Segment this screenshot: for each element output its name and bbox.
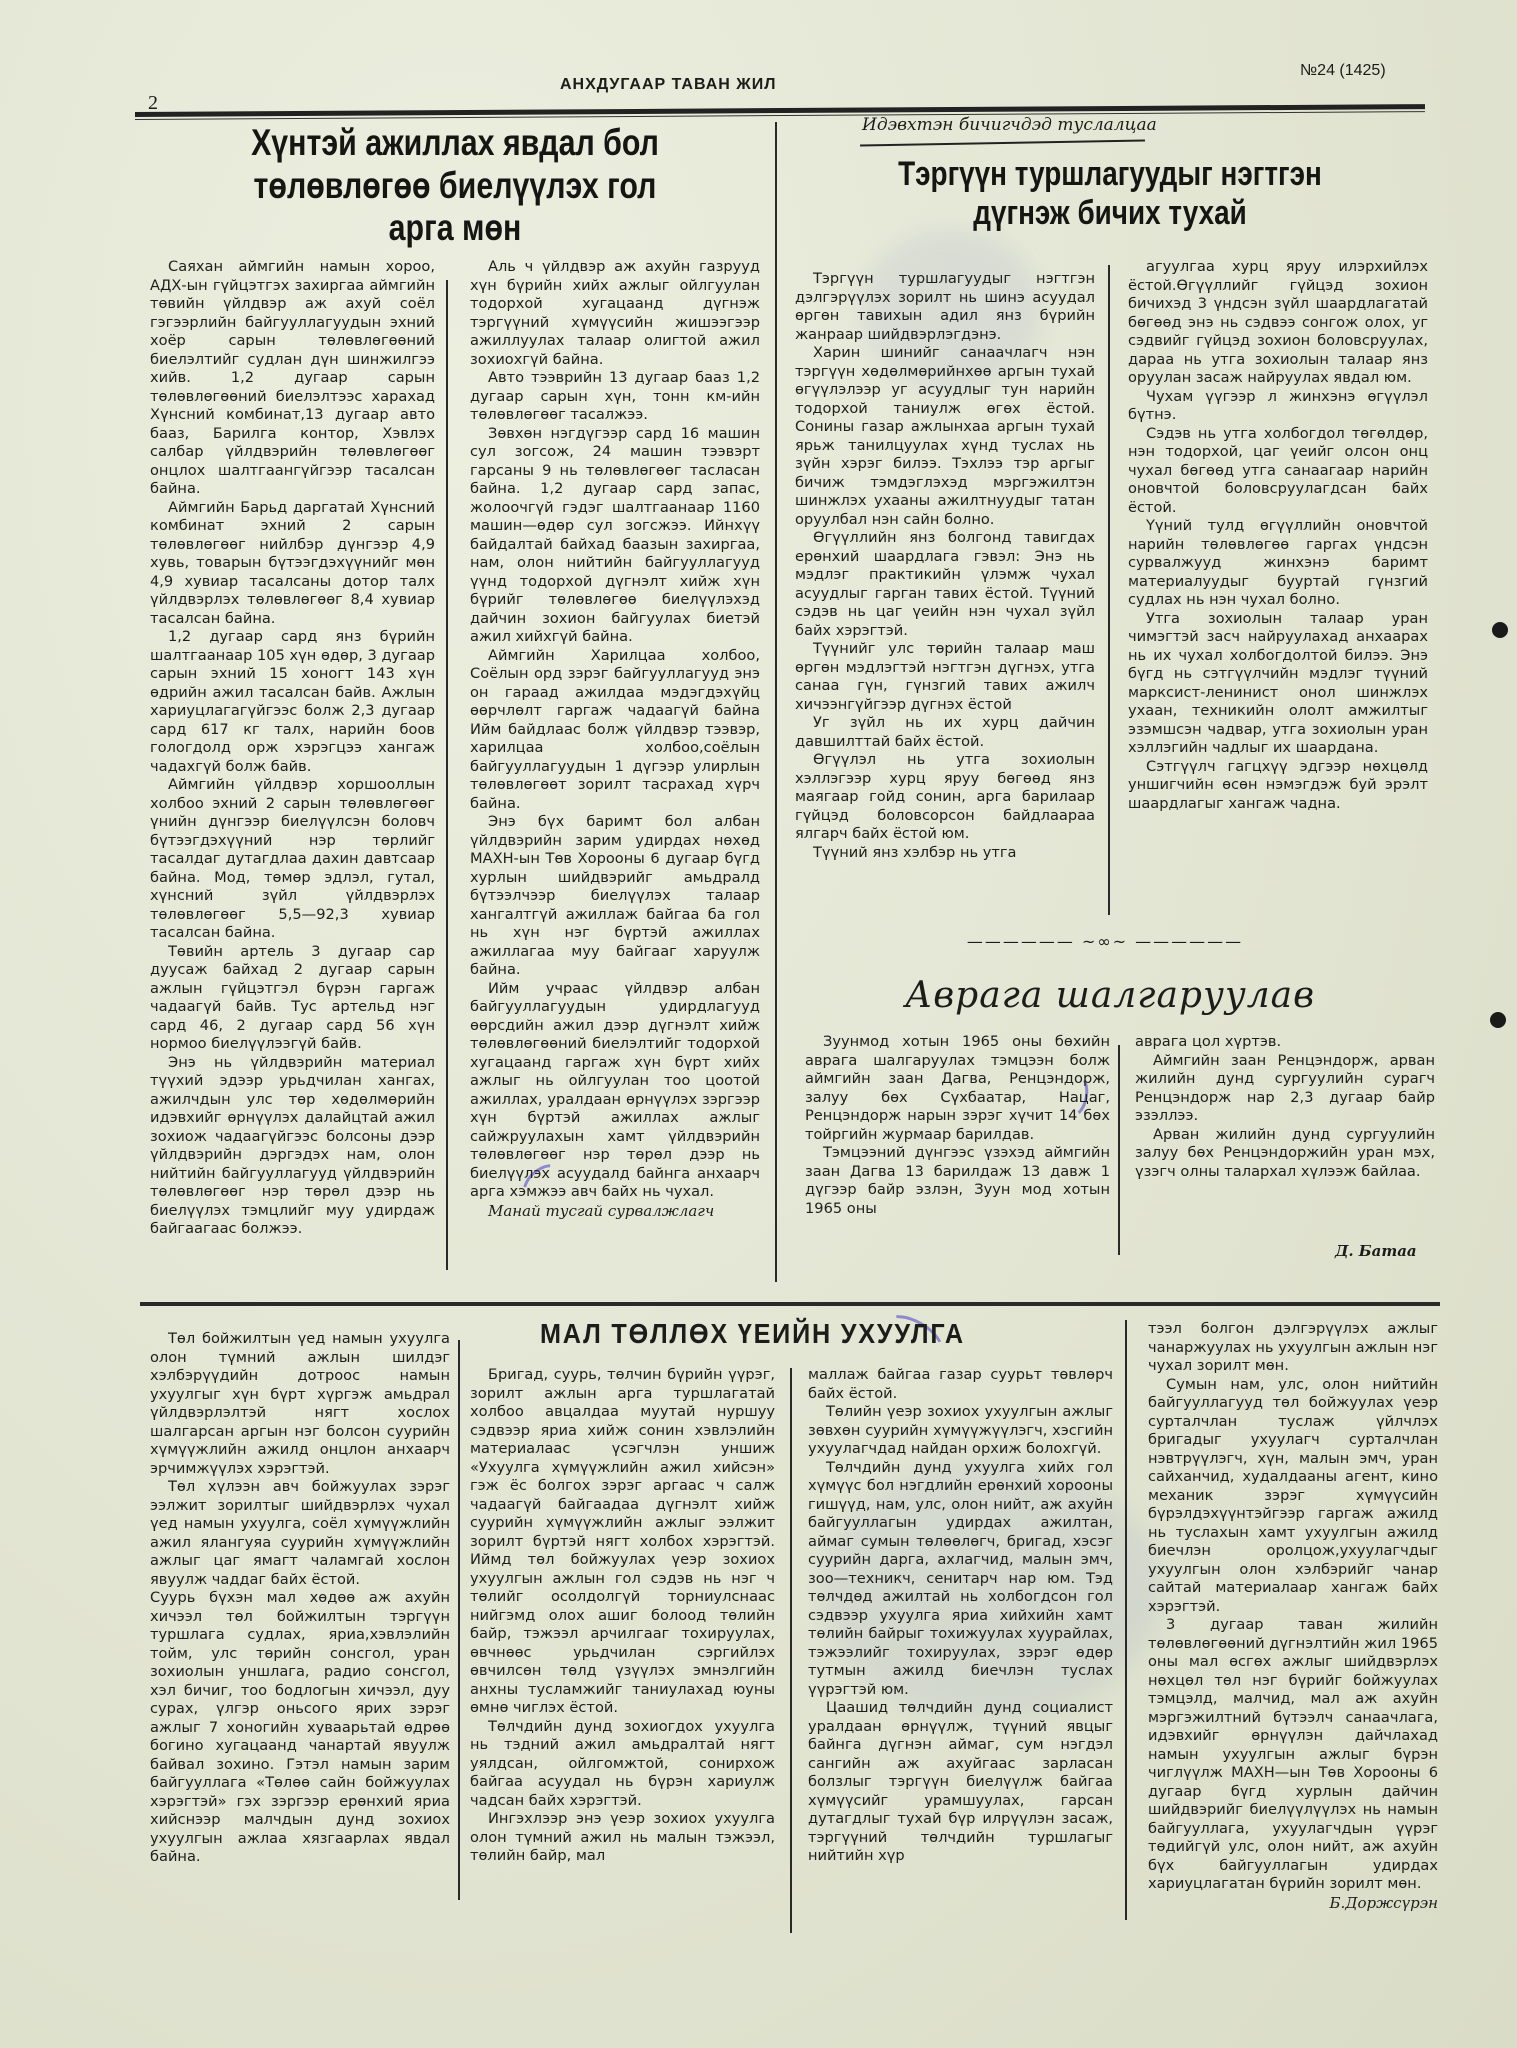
paragraph: Бригад, суурь, төлчин бүрийн үүрэг, зори… [470,1366,775,1718]
paragraph: Сумын нам, улс, олон нийтийн байгууллагу… [1148,1376,1438,1617]
paragraph: аврага цол хүртэв. [1135,1033,1435,1052]
paragraph: Суурь бүхэн мал хөдөө аж ахуйн хичээл тө… [150,1589,450,1867]
paragraph: Энэ нь үйлдвэрийн материал түүхий эдээр … [150,1054,435,1239]
paragraph: Түүний янз хэлбэр нь утга [795,844,1095,863]
headline-line: төлөвлөгөө биелүүлэх гол [197,165,714,208]
newspaper-page: 2 АНХДУГААР ТАВАН ЖИЛ №24 (1425) Хүнтэй … [0,0,1517,2048]
paragraph: Үүний тулд өгүүллийн оновчтой нарийн төл… [1128,517,1428,610]
article4-headline: МАЛ ТӨЛЛӨХ ҮЕИЙН УХУУЛГА [540,1318,965,1350]
paragraph: агуулгаа хурц яруу илэрхийлэх ёстой.Өгүү… [1128,258,1428,388]
paragraph: Аль ч үйлдвэр аж ахуйн газрууд хүн бүрий… [470,258,760,369]
article3-column-2: аврага цол хүртэв. Аймгийн заан Ренцэндо… [1135,1033,1435,1181]
article2-column-1: Тэргүүн туршлагуудыг нэгтгэн дэлгэрүүлэх… [795,270,1095,862]
headline-line: Тэргүүн туршлагуудыг нэгтгэн [839,155,1380,194]
paragraph: Энэ бүх баримт бол албан үйлдвэрийн зари… [470,813,760,980]
headline-line: арга мөн [197,207,714,250]
headline-line: Хүнтэй ажиллах явдал бол [197,122,714,165]
paragraph: Сэдэв нь утга холбогдол төгөлдөр, нэн то… [1128,425,1428,518]
article3-headline: Аврага шалгаруулав [780,975,1440,1016]
paragraph: Авто тээврийн 13 дугаар бааз 1,2 дугаар … [470,369,760,425]
running-head: АНХДУГААР ТАВАН ЖИЛ [560,76,776,94]
article1-column-1: Саяхан аймгийн намын хороо, АДХ-ын гүйцэ… [150,258,435,1239]
paragraph: Аймгийн заан Ренцэндорж, арван жилийн ду… [1135,1052,1435,1126]
paragraph: Төлчдийн дунд зохиогдох ухуулга нь тэдни… [470,1718,775,1811]
issue-number: №24 (1425) [1300,62,1386,80]
paragraph: Харин шинийг санаачлагч нэн тэргүүн хөдө… [795,344,1095,529]
paragraph: Тэргүүн туршлагуудыг нэгтгэн дэлгэрүүлэх… [795,270,1095,344]
paragraph: Чухам үүгээр л жинхэнэ өгүүлэл бүтнэ. [1128,388,1428,425]
byline: Б.Доржсүрэн [1148,1894,1438,1913]
article3-column-1: Зуунмод хотын 1965 оны бөхийн аврага шал… [805,1033,1110,1218]
byline: Д. Батаа [1335,1242,1417,1260]
paragraph: Зөвхөн нэгдүгээр сард 16 машин сул зогсо… [470,425,760,647]
article2-column-2: агуулгаа хурц яруу илэрхийлэх ёстой.Өгүү… [1128,258,1428,813]
paragraph: Төлчдийн дунд ухуулга хийх гол хүмүүс бо… [808,1459,1113,1700]
paragraph: Өгүүллийн янз болгонд тавигдах ерөнхий ш… [795,529,1095,640]
paragraph: Ингэхлээр энэ үеэр зохиох ухуулга олон т… [470,1810,775,1866]
paragraph: Төлийн үеэр зохиох ухуулгын ажлыг зөвхөн… [808,1403,1113,1459]
paragraph: Аймгийн Барьд даргатай Хүнсний комбинат … [150,499,435,629]
kicker-underline [860,140,1145,147]
paragraph: 1,2 дугаар сард янз бүрийн шалтгаанаар 1… [150,628,435,776]
paragraph: Өгүүлэл нь утга зохиолын хэллэгээр хурц … [795,751,1095,844]
paragraph: Арван жилийн дунд сургуулийн залуу бөх Р… [1135,1126,1435,1182]
paragraph: Сэтгүүлч гагцхүү эдгээр нөхцөлд уншигчий… [1128,758,1428,814]
column-divider [458,1340,460,1900]
paragraph: Саяхан аймгийн намын хороо, АДХ-ын гүйцэ… [150,258,435,499]
column-divider [1108,265,1110,915]
article4-column-4: тээл болгон дэлгэрүүлэх ажлыг чанаржуула… [1148,1320,1438,1912]
paragraph: 3 дугаар таван жилийн төлөвлөгөөний дүгн… [1148,1616,1438,1894]
headline-line: дүгнэж бичих тухай [839,194,1380,233]
paragraph: Утга зохиолын талаар уран чимэгтэй засч … [1128,610,1428,758]
column-divider [1118,1045,1120,1255]
byline: Манай тусгай сурвалжлагч [470,1202,760,1221]
article1-column-2: Аль ч үйлдвэр аж ахуйн газрууд хүн бүрий… [470,258,760,1220]
article4-column-3: маллаж байгаа газар суурьт төвлөрч байх … [808,1366,1113,1866]
article4-column-1: Төл бойжилтын үед намын ухуулга олон түм… [150,1330,450,1867]
column-divider [775,122,777,1282]
article2-kicker: Идэвхтэн бичигчдэд туслалцаа [862,115,1157,135]
column-divider [790,1368,792,1933]
column-divider [446,280,448,1270]
paragraph: Тэмцээний дүнгээс үзэхэд аймгийн заан Да… [805,1144,1110,1218]
paragraph: Аймгийн үйлдвэр хоршооллын холбоо эхний … [150,776,435,943]
paragraph: маллаж байгаа газар суурьт төвлөрч байх … [808,1366,1113,1403]
paragraph: тээл болгон дэлгэрүүлэх ажлыг чанаржуула… [1148,1320,1438,1376]
section-divider [140,1302,1440,1306]
paragraph: Төвийн артель 3 дугаар сар дуусаж байхад… [150,943,435,1054]
article4-column-2: Бригад, суурь, төлчин бүрийн үүрэг, зори… [470,1366,775,1866]
paragraph: Түүнийг улс төрийн талаар маш өргөн мэдл… [795,640,1095,714]
paragraph: Аймгийн Харилцаа холбоо, Соёлын орд зэрэ… [470,647,760,814]
paragraph: Төл хүлээн авч бойжуулах зэрэг ээлжит зо… [150,1478,450,1589]
punch-hole [1492,622,1508,638]
punch-hole [1490,1012,1506,1028]
article2-headline: Тэргүүн туршлагуудыг нэгтгэн дүгнэж бичи… [839,155,1380,233]
paragraph: Уг зүйл нь их хурц дайчин давшилттай бай… [795,714,1095,751]
article1-headline: Хүнтэй ажиллах явдал бол төлөвлөгөө биел… [197,122,714,250]
column-divider [1125,1320,1127,1920]
paragraph: Цаашид төлчдийн дунд социалист уралдаан … [808,1699,1113,1866]
section-ornament: —————— ~∞~ —————— [895,932,1315,951]
paragraph: Ийм учраас үйлдвэр албан байгууллагуудын… [470,980,760,1202]
paragraph: Төл бойжилтын үед намын ухуулга олон түм… [150,1330,450,1478]
paragraph: Зуунмод хотын 1965 оны бөхийн аврага шал… [805,1033,1110,1144]
